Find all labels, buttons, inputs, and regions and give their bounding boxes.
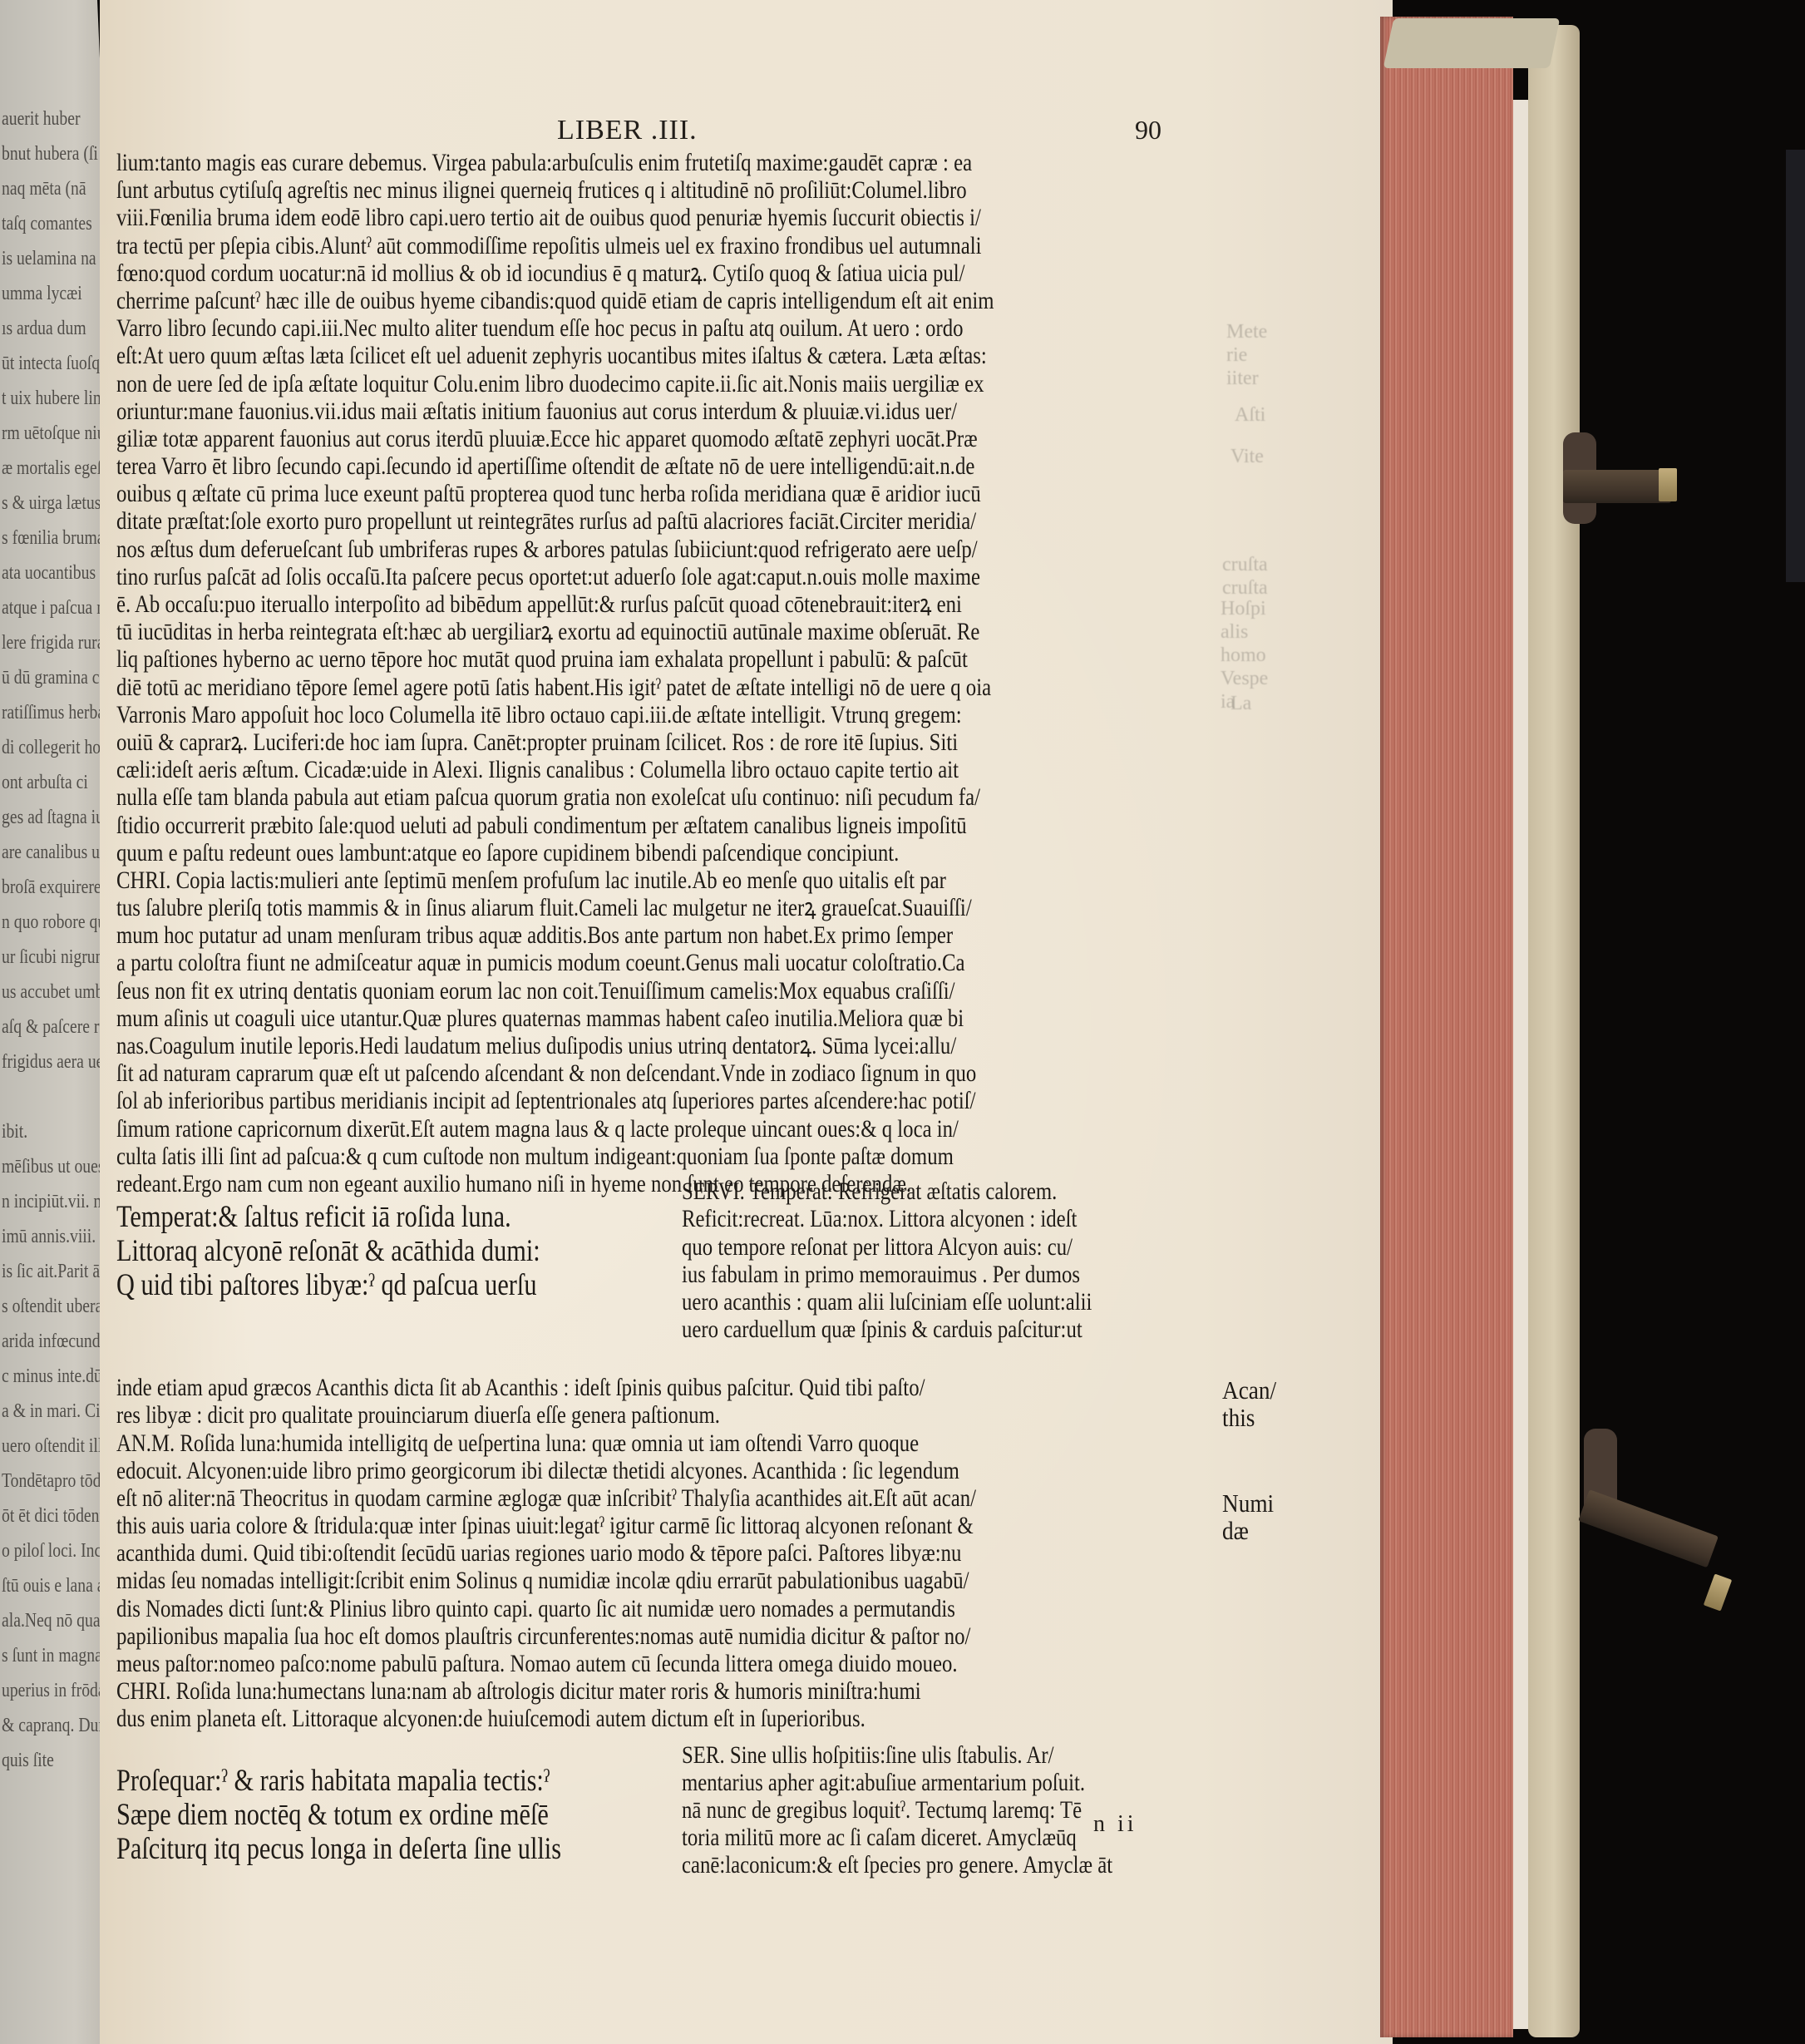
text-line: ſtidio occurrerit præbito ſale:quod uelu… [116,812,1230,840]
text-line: meus paſtor:nomeo paſco:nome pabulū paſt… [116,1651,1230,1678]
text-line: dus enim planeta eſt. Littoraque alcyone… [116,1706,1230,1733]
red-stained-fore-edge [1380,17,1513,2037]
facing-page-text-line: ratiſſimus herba [2,702,105,724]
facing-page-text-line: ū dū gramina ca [2,667,106,689]
text-line: uero carduellum quæ ſpinis & carduis paſ… [682,1316,1235,1344]
text-line: midas ſeu nomadas intelligit:ſcribit eni… [116,1568,1230,1595]
facing-page-text-line: ur ſicubi nigrum [2,946,108,969]
text-line: terea Varro ēt libro ſecundo capi.ſecund… [116,453,1230,481]
text-line: ouiū & caprarꝝ. Luciferi:de hoc iam ſupr… [116,729,1230,757]
text-line: AN.M. Roſida luna:humida intelligitq de … [116,1430,1230,1458]
text-line: edocuit. Alcyonen:uide libro primo georg… [116,1458,1230,1485]
text-line: eſt:At uero quum æſtas læta ſcilicet eſt… [116,343,1230,370]
text-line: quo tempore reſonat per littora Alcyon a… [682,1234,1235,1261]
facing-page-text-line: ūt intecta ſuoſq [2,353,100,375]
clasp-brass-tip-top [1659,468,1677,501]
text-line: ē. Ab occaſu:puo iteruallo interpoſito a… [116,591,1230,619]
text-line: nos æſtus dum deferueſcant ſub umbrifera… [116,536,1230,564]
text-line: mentarius apher agit:abuſiue armentarium… [682,1770,1235,1797]
facing-page-text-line: lere frigida rura [2,632,104,654]
show-through-marginalia: cruſtacruſta [1222,553,1268,600]
facing-page-text-line: umma lycæi [2,283,82,305]
text-line: acanthida dumi. Quid tibi:oſtendit ſecūd… [116,1540,1230,1568]
facing-page-text-line: s & uirga lætus [2,492,101,515]
servius-gloss: SERVI. Temperat: Refrigerat æſtatis calo… [682,1178,1230,1344]
text-line: CHRI. Roſida luna:humectans luna:nam ab … [116,1678,1230,1706]
facing-page-text-line: di collegerit ho [2,737,101,759]
text-line: res libyæ : dicit pro qualitate prouinci… [116,1402,1230,1429]
facing-page-text-line: is uelamina na [2,248,96,270]
facing-page-text-line: naq mēta (nā [2,178,86,200]
text-line: tino rurſus paſcāt ad ſolis occaſū.Ita p… [116,564,1230,591]
servius-gloss: SER. Sine ullis hoſpitiis:ſine ulis ſtab… [682,1742,1230,1880]
text-line: giliæ totæ apparent fauonius aut corus i… [116,426,1230,453]
show-through-marginalia: La [1230,692,1251,715]
binding-flap [1383,18,1561,68]
facing-page-text-line: taſq comantes [2,213,92,235]
facing-page-text-line: ges ad ſtagna iub [2,807,112,829]
text-line: liq paſtiones hyberno ac uerno tēpore ho… [116,646,1230,674]
text-line: SER. Sine ullis hoſpitiis:ſine ulis ſtab… [682,1742,1235,1770]
facing-page-text-line: t uix hubere lim [2,388,106,410]
text-line: tus ſalubre pleriſq totis mammis & in ſi… [116,895,1230,922]
marginal-note-numidae: Numi dæ [1222,1489,1274,1544]
text-line: nā nunc de gregibus loquitˀ. Tectumq lar… [682,1797,1235,1824]
text-line: ius fabulam in primo memorauimus . Per d… [682,1261,1235,1289]
text-line: Q uid tibi paſtores libyæ:ˀ qd paſcua ue… [116,1268,553,1302]
signature-mark: n ii [1093,1811,1137,1838]
text-line: uero acanthis : quam alii luſciniam eſſe… [682,1289,1235,1316]
text-line: Paſciturq itq pecus longa in deſerta ſin… [116,1832,553,1866]
facing-page-text-line: auerit huber [2,108,81,131]
facing-page-text-line: ibit. [2,1121,27,1143]
verse-section-2: Proſequar:ˀ & raris habitata mapalia tec… [116,1764,1230,1922]
recto-page: LIBER .III. 90 lium:tanto magis eas cura… [100,0,1393,2044]
text-line: Temperat:& ſaltus reficit iā roſida luna… [116,1200,553,1234]
text-line: ſimum ratione capricornum dixerūt.Eſt au… [116,1116,1230,1143]
text-line: culta ſatis illi ſint ad paſcua:& q cum … [116,1143,1230,1171]
text-line: non de uere ſed de ipſa æſtate loquitur … [116,371,1230,398]
facing-page-text-line: æ mortalis egeſta [2,457,113,480]
running-head: LIBER .III. [557,115,698,146]
text-line: mum aſinis ut coaguli uice utantur.Quæ p… [116,1005,1230,1033]
page-edge-gap [1513,100,1528,2029]
folio-number: 90 [1135,115,1161,146]
text-line: a partu coloſtra fiunt ne admiſceatur aq… [116,950,1230,977]
text-line: Littoraq alcyonē reſonāt & acāthida dumi… [116,1234,553,1268]
vellum-binding [1528,25,1580,2037]
text-line: ditate præſtat:ſole exorto puro propellu… [116,508,1230,536]
text-line: lium:tanto magis eas curare debemus. Vir… [116,150,1230,177]
text-line: ſol ab inferioribus partibus meridianis … [116,1088,1230,1115]
text-line: ſit ad naturam caprarum quæ eſt ut paſce… [116,1060,1230,1088]
text-line: ouibus q æſtate cū prima luce exeunt paſ… [116,481,1230,508]
show-through-marginalia: Meterieiiter [1226,320,1267,390]
text-line: cæli:ideſt aeris æſtum. Cicadæ:uide in A… [116,757,1230,784]
text-line: cherrime paſcuntˀ hæc ille de ouibus hye… [116,288,1230,315]
text-line: Sæpe diem noctēq & totum ex ordine mēſē [116,1798,553,1832]
text-line: Varronis Maro appoſuit hoc loco Columell… [116,702,1230,729]
commentary-block-1: lium:tanto magis eas curare debemus. Vir… [116,150,1230,1198]
facing-page-text-line: ıs ardua dum [2,318,86,340]
text-block: lium:tanto magis eas curare debemus. Vir… [116,150,1230,1922]
facing-page-text-line: s fœnilia bruma. [2,527,108,550]
verse-section-1: Temperat:& ſaltus reficit iā roſida luna… [116,1200,1230,1375]
verse-lines: Temperat:& ſaltus reficit iā roſida luna… [116,1200,649,1302]
text-line: dis Nomades dicti ſunt:& Plinius libro q… [116,1596,1230,1623]
text-line: inde etiam apud græcos Acanthis dicta ſi… [116,1375,1230,1402]
text-line: tra tectū per pſepia cibis.Aluntˀ aūt co… [116,233,1230,260]
text-line: tū iucūditas in herba reintegrata eſt:hæ… [116,619,1230,646]
text-line: SERVI. Temperat: Refrigerat æſtatis calo… [682,1178,1235,1206]
text-line: Varro libro ſecundo capi.iii.Nec multo a… [116,315,1230,343]
text-line: fœno:quod cordum uocatur:nā id mollius &… [116,260,1230,288]
facing-page-text-line: bnut hubera (ſi [2,143,98,165]
verse-lines: Proſequar:ˀ & raris habitata mapalia tec… [116,1764,649,1866]
text-line: toria militū more ac ſi caſam diceret. A… [682,1824,1235,1852]
text-line: this auis uaria colore & ſtridula:quæ in… [116,1513,1230,1540]
text-line: canē:laconicum:& eſt ſpecies pro genere.… [682,1852,1235,1879]
clasp-strap-top [1563,470,1671,503]
text-line: ſunt arbutus cytiſuſq agreſtis nec minus… [116,177,1230,205]
text-line: oriuntur:mane fauonius.vii.idus maii æſt… [116,398,1230,426]
text-line: viii.Fœnilia bruma idem eodē libro capi.… [116,205,1230,232]
text-line: mum hoc putatur ad unam menſuram tribus … [116,922,1230,950]
facing-page-text-line: quis ſite [2,1750,54,1772]
clasp-brass-tip-bottom [1704,1573,1732,1611]
text-line: Proſequar:ˀ & raris habitata mapalia tec… [116,1764,553,1798]
text-line: Reficit:recreat. Lūa:nox. Littora alcyon… [682,1206,1235,1233]
text-line: quum e paſtu redeunt oues lambunt:atque … [116,840,1230,867]
text-line: papilionibus mapalia ſua hoc eſt domos p… [116,1623,1230,1651]
facing-page-text-line: ont arbuſta ci [2,772,88,794]
text-line: diē totū ac meridiano tēpore ſemel agere… [116,674,1230,702]
backdrop-stand [1786,150,1805,582]
marginal-note-acanthis: Acan/ this [1222,1376,1276,1431]
text-line: nulla eſſe tam blanda pabula aut etiam p… [116,784,1230,812]
text-line: CHRI. Copia lactis:mulieri ante ſeptimū … [116,867,1230,895]
show-through-marginalia: Aſti [1235,403,1265,427]
text-line: eſt nō aliter:nā Theocritus in quodam ca… [116,1485,1230,1513]
clasp-strap-bottom [1578,1489,1719,1568]
commentary-block-2: inde etiam apud græcos Acanthis dicta ſi… [116,1375,1230,1733]
facing-page-text-line: rm uētoſque niu [2,422,106,445]
text-line: nas.Coagulum inutile leporis.Hedi laudat… [116,1033,1230,1060]
text-line: ſeus non fit ex utrinq dentatis quoniam … [116,978,1230,1005]
show-through-marginalia: Vite [1230,445,1264,468]
